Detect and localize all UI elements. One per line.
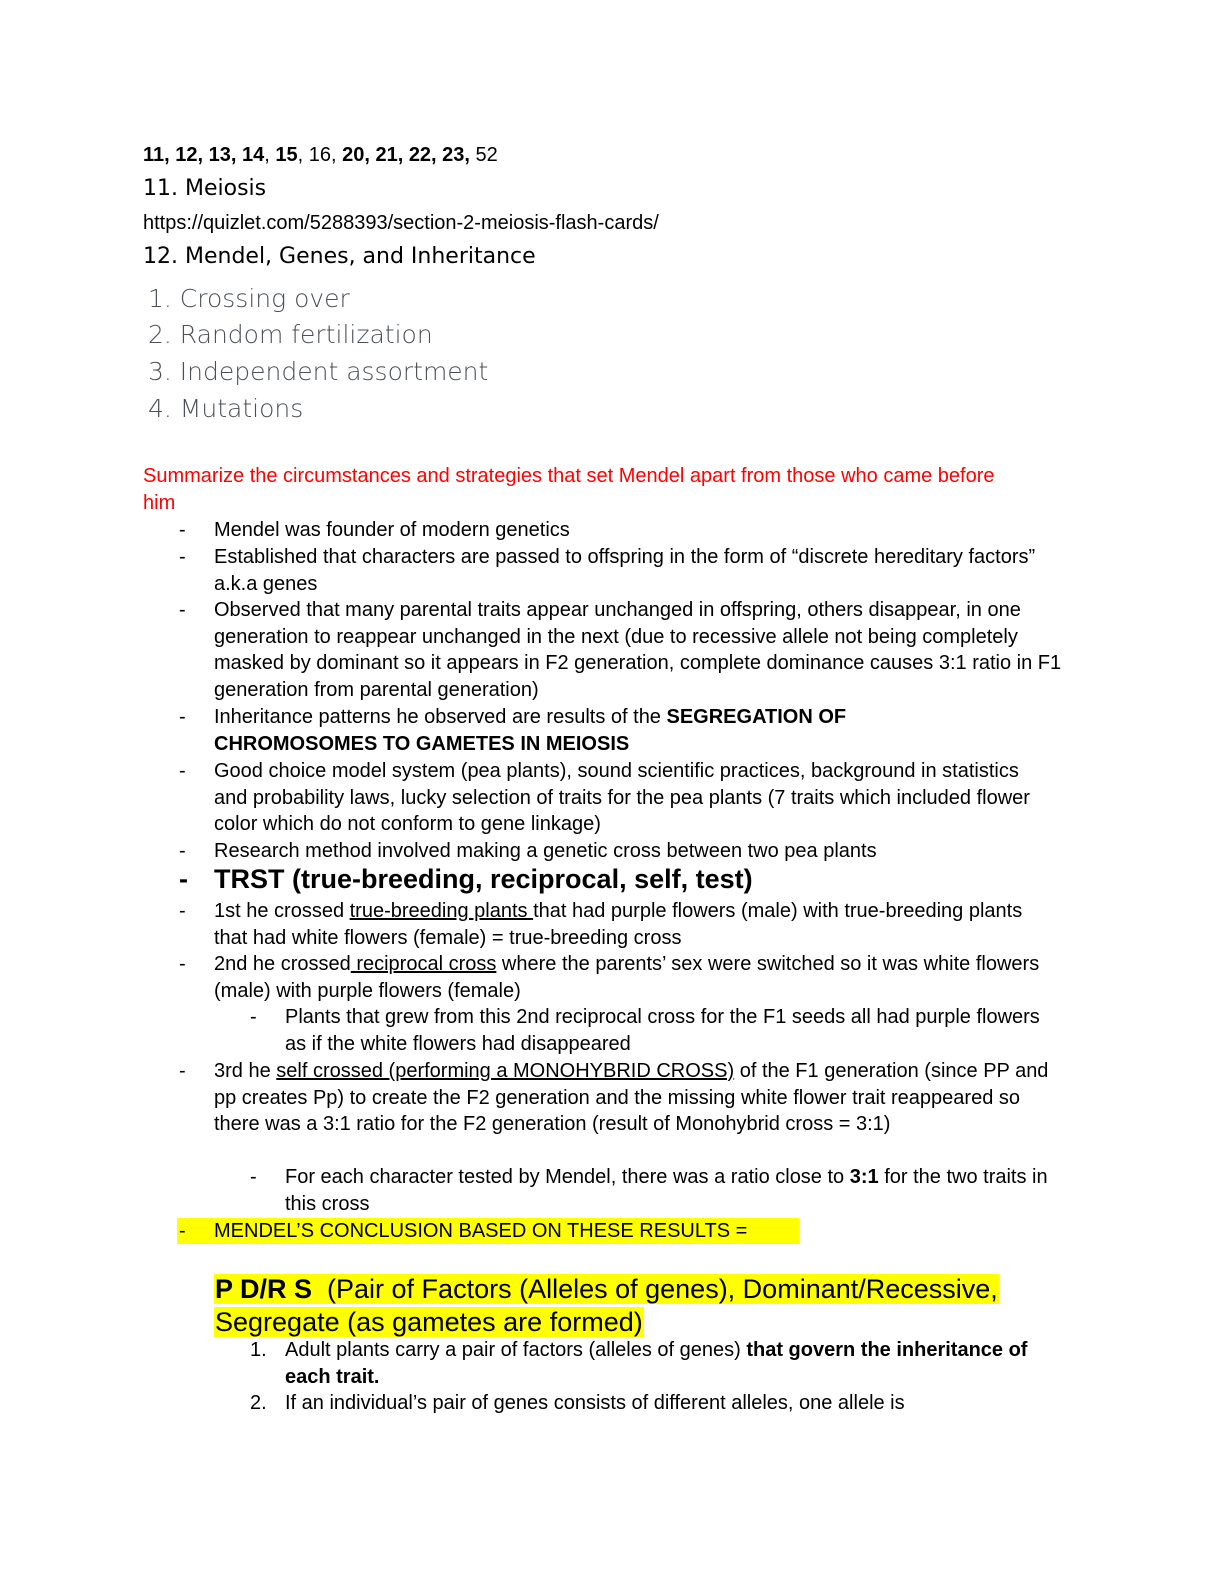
bullet-dash: - bbox=[179, 544, 186, 571]
underlined-term: reciprocal cross bbox=[351, 953, 497, 975]
bullet-text: Established that characters are passed t… bbox=[214, 544, 1044, 597]
bullet-text: Observed that many parental traits appea… bbox=[214, 597, 1064, 704]
point-text: Adult plants carry a pair of factors (al… bbox=[285, 1339, 746, 1361]
numbers-plain-1: , bbox=[264, 144, 275, 166]
bullet-dash: - bbox=[179, 758, 186, 785]
conclusion-label: MENDEL’S CONCLUSION BASED ON THESE RESUL… bbox=[214, 1218, 1074, 1245]
numbers-bold-1: 11, 12, 13, 14 bbox=[143, 144, 264, 166]
pdrs-expansion-1: (Pair of Factors (Alleles of genes), Dom… bbox=[312, 1274, 998, 1304]
variation-item: 3. Independent assortment bbox=[148, 357, 488, 386]
trst-heading: TRST (true-breeding, reciprocal, self, t… bbox=[214, 866, 1074, 893]
quizlet-link[interactable]: https://quizlet.com/5288393/section-2-me… bbox=[143, 212, 659, 235]
bullet-dash: - bbox=[179, 951, 186, 978]
prompt-question-line2: him bbox=[143, 492, 175, 515]
assignment-numbers: 11, 12, 13, 14, 15, 16, 20, 21, 22, 23, … bbox=[143, 144, 498, 167]
point-number: 2. bbox=[250, 1390, 267, 1417]
bullet-dash: - bbox=[179, 1218, 186, 1245]
section-12-title: 12. Mendel, Genes, and Inheritance bbox=[143, 244, 536, 269]
bullet-dash: - bbox=[179, 1058, 186, 1085]
numbers-plain-3: 52 bbox=[470, 144, 498, 166]
bullet-text: Plants that grew from this 2nd reciproca… bbox=[285, 1004, 1045, 1057]
numbers-bold-3: 20, 21, 22, 23, bbox=[342, 144, 470, 166]
bullet-text: Good choice model system (pea plants), s… bbox=[214, 758, 1054, 838]
bullet-text: 1st he crossed bbox=[214, 900, 350, 922]
conclusion-bullet-highlighted: - MENDEL’S CONCLUSION BASED ON THESE RES… bbox=[177, 1218, 799, 1244]
bullet-text: For each character tested by Mendel, the… bbox=[285, 1166, 850, 1188]
numbers-bold-2: 15 bbox=[275, 144, 297, 166]
bullet-text: Inheritance patterns he observed are res… bbox=[214, 706, 667, 728]
bullet-dash: - bbox=[179, 866, 188, 893]
prompt-question-line1: Summarize the circumstances and strategi… bbox=[143, 465, 995, 488]
bullet-dash: - bbox=[250, 1164, 257, 1191]
bullet-text: Mendel was founder of modern genetics bbox=[214, 517, 1074, 544]
point-number: 1. bbox=[250, 1337, 267, 1364]
bullet-dash: - bbox=[179, 517, 186, 544]
bullet-dash: - bbox=[179, 898, 186, 925]
bullet-text: 3rd he bbox=[214, 1060, 276, 1082]
variation-item: 1. Crossing over bbox=[148, 284, 350, 313]
bullet-text: 2nd he crossed bbox=[214, 953, 351, 975]
ratio-bold: 3:1 bbox=[850, 1166, 879, 1188]
bullet-text: Research method involved making a geneti… bbox=[214, 838, 1074, 865]
underlined-term: true-breeding plants bbox=[350, 900, 533, 922]
underlined-term: self crossed (performing a MONOHYBRID CR… bbox=[276, 1060, 734, 1082]
variation-item: 2. Random fertilization bbox=[148, 320, 433, 349]
point-text: If an individual’s pair of genes consist… bbox=[285, 1392, 905, 1414]
bullet-dash: - bbox=[179, 597, 186, 624]
numbers-plain-2: , 16, bbox=[298, 144, 342, 166]
pdrs-acronym: P D/R S bbox=[215, 1274, 312, 1304]
bullet-dash: - bbox=[250, 1004, 257, 1031]
pdrs-heading: P D/R S (Pair of Factors (Alleles of gen… bbox=[214, 1273, 1074, 1339]
section-11-title: 11. Meiosis bbox=[143, 176, 266, 201]
variation-item: 4. Mutations bbox=[148, 394, 303, 423]
bullet-dash: - bbox=[179, 704, 186, 731]
bullet-dash: - bbox=[179, 838, 186, 865]
pdrs-expansion-2: Segregate (as gametes are formed) bbox=[214, 1307, 644, 1337]
